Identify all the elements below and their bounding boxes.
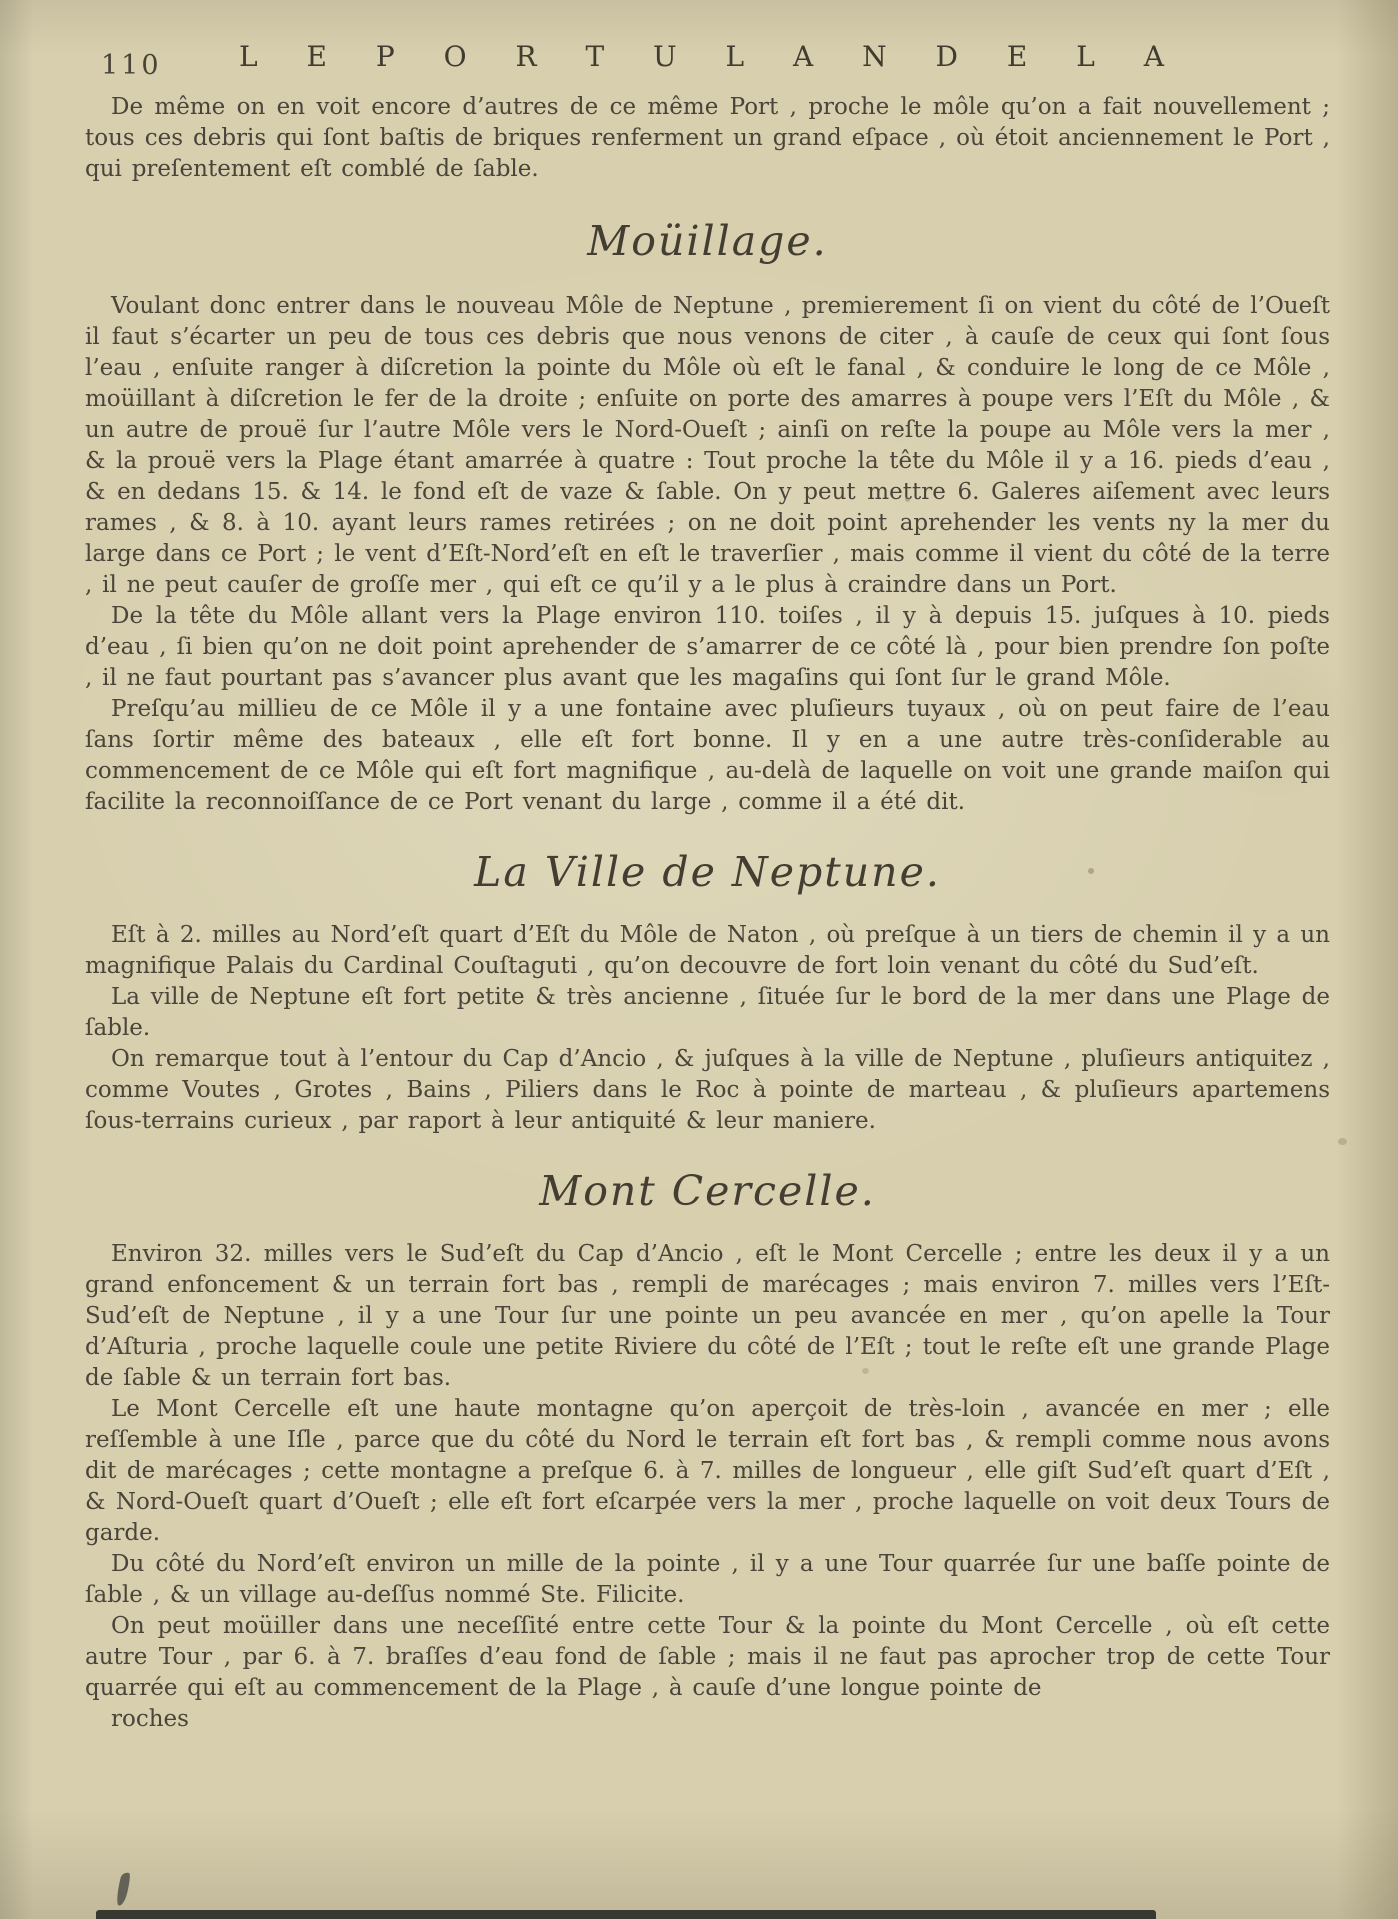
paragraph: Environ 32. milles vers le Sud’eſt du Ca… bbox=[85, 1239, 1330, 1394]
paper-speck bbox=[1088, 868, 1094, 874]
catchword: roches bbox=[85, 1704, 1330, 1735]
scanned-book-page: 110 L E P O R T U L A N D E L A De même … bbox=[0, 0, 1398, 1919]
page-number: 110 bbox=[101, 50, 162, 81]
paragraph: De la tête du Môle allant vers la Plage … bbox=[85, 601, 1330, 694]
running-title: L E P O R T U L A N D E L A bbox=[85, 34, 1330, 73]
section-heading-ville-de-neptune: La Ville de Neptune. bbox=[85, 848, 1330, 896]
section-heading-mouillage: Moüillage. bbox=[85, 217, 1330, 265]
paragraph: Du côté du Nord’eſt environ un mille de … bbox=[85, 1549, 1330, 1611]
paragraph: La ville de Neptune eſt fort petite & tr… bbox=[85, 982, 1330, 1044]
paragraph: Le Mont Cercelle eſt une haute montagne … bbox=[85, 1394, 1330, 1549]
paragraph: On remarque tout à l’entour du Cap d’Anc… bbox=[85, 1044, 1330, 1137]
text-column: 110 L E P O R T U L A N D E L A De même … bbox=[85, 34, 1330, 1735]
paragraph: Eſt à 2. milles au Nord’eſt quart d’Eſt … bbox=[85, 920, 1330, 982]
paper-speck bbox=[862, 1368, 869, 1374]
paper-speck bbox=[1338, 1138, 1347, 1145]
paper-stain bbox=[1180, 640, 1360, 800]
intro-paragraph: De même on en voit encore d’autres de ce… bbox=[85, 92, 1330, 185]
section-heading-mont-cercelle: Mont Cercelle. bbox=[85, 1167, 1330, 1215]
page-body-text: De même on en voit encore d’autres de ce… bbox=[85, 92, 1330, 1735]
paragraph: Preſqu’au millieu de ce Môle il y a une … bbox=[85, 694, 1330, 818]
paragraph: On peut moüiller dans une neceſſité entr… bbox=[85, 1611, 1330, 1704]
paper-speck bbox=[266, 1510, 271, 1515]
ink-mark bbox=[114, 1871, 132, 1906]
scan-edge-strip bbox=[96, 1910, 1156, 1919]
paper-speck bbox=[905, 497, 910, 502]
paragraph: Voulant donc entrer dans le nouveau Môle… bbox=[85, 291, 1330, 601]
page-header: 110 L E P O R T U L A N D E L A bbox=[85, 34, 1330, 86]
